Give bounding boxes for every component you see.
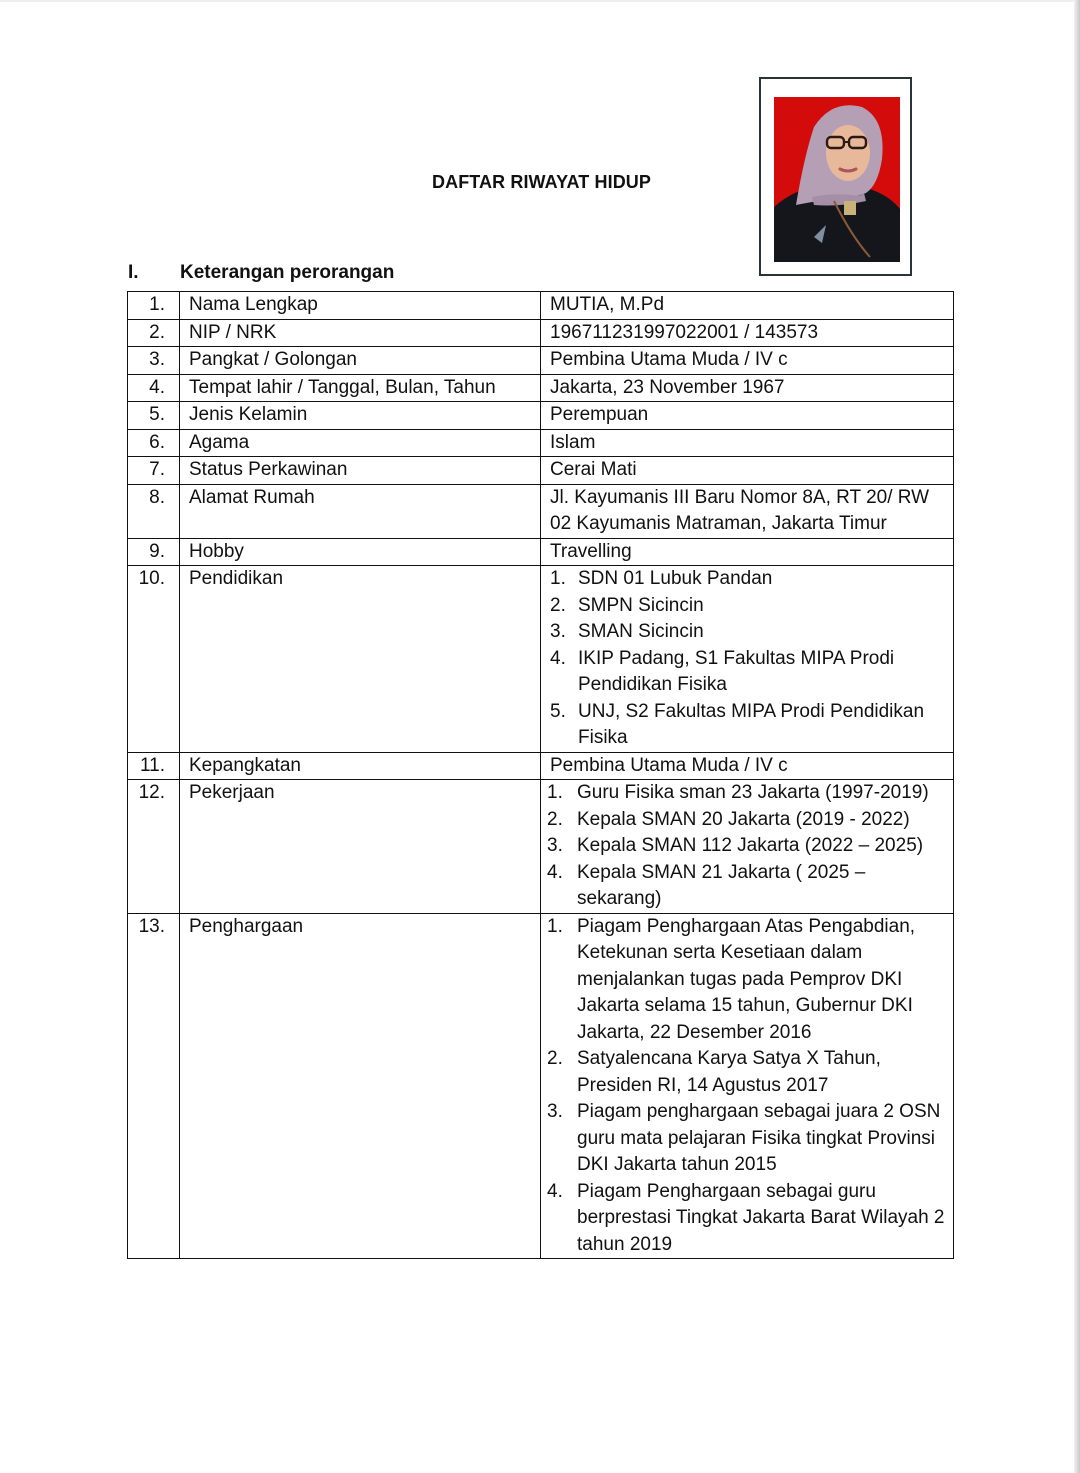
- row-number: 3.: [128, 347, 180, 375]
- list-item: 1.Piagam Penghargaan Atas Pengabdian, Ke…: [550, 914, 947, 1047]
- list-item: 3.SMAN Sicincin: [550, 619, 947, 646]
- row-number: 8.: [128, 484, 180, 538]
- field-label: NIP / NRK: [180, 319, 541, 347]
- list-item-text: Guru Fisika sman 23 Jakarta (1997-2019): [577, 780, 947, 807]
- field-value: Pembina Utama Muda / IV c: [541, 347, 954, 375]
- list-item: 1.SDN 01 Lubuk Pandan: [550, 566, 947, 593]
- list-item-text: Kepala SMAN 20 Jakarta (2019 - 2022): [577, 807, 947, 834]
- table-row: 3.Pangkat / GolonganPembina Utama Muda /…: [128, 347, 954, 375]
- field-label: Pekerjaan: [180, 780, 541, 914]
- field-label: Hobby: [180, 538, 541, 566]
- list-item-text: SDN 01 Lubuk Pandan: [578, 566, 947, 593]
- row-number: 2.: [128, 319, 180, 347]
- list-item-text: Piagam Penghargaan sebagai guru berprest…: [577, 1179, 947, 1259]
- field-value: 1.Guru Fisika sman 23 Jakarta (1997-2019…: [541, 780, 954, 914]
- page-right-edge: [1074, 0, 1080, 1473]
- list-item-number: 4.: [550, 646, 578, 699]
- list-item-number: 3.: [547, 833, 577, 860]
- value-list: 1.SDN 01 Lubuk Pandan2.SMPN Sicincin3.SM…: [550, 566, 947, 752]
- row-number: 6.: [128, 429, 180, 457]
- document-title: DAFTAR RIWAYAT HIDUP: [432, 172, 651, 193]
- table-row: 8.Alamat RumahJl. Kayumanis III Baru Nom…: [128, 484, 954, 538]
- list-item: 2.SMPN Sicincin: [550, 593, 947, 620]
- list-item-text: UNJ, S2 Fakultas MIPA Prodi Pendidikan F…: [578, 699, 947, 752]
- list-item-number: 3.: [547, 1099, 577, 1179]
- field-label: Jenis Kelamin: [180, 402, 541, 430]
- section-number: I.: [128, 262, 180, 284]
- field-label: Nama Lengkap: [180, 292, 541, 320]
- table-row: 6.AgamaIslam: [128, 429, 954, 457]
- list-item-text: Kepala SMAN 21 Jakarta ( 2025 – sekarang…: [577, 860, 947, 913]
- section-title: Keterangan perorangan: [180, 262, 394, 283]
- field-label: Pangkat / Golongan: [180, 347, 541, 375]
- field-value: 1.Piagam Penghargaan Atas Pengabdian, Ke…: [541, 913, 954, 1259]
- row-number: 4.: [128, 374, 180, 402]
- list-item-number: 1.: [547, 780, 577, 807]
- portrait-photo-icon: [774, 97, 900, 262]
- list-item: 2.Satyalencana Karya Satya X Tahun, Pres…: [550, 1046, 947, 1099]
- table-row: 12.Pekerjaan1.Guru Fisika sman 23 Jakart…: [128, 780, 954, 914]
- field-value: 1.SDN 01 Lubuk Pandan2.SMPN Sicincin3.SM…: [541, 566, 954, 753]
- row-number: 1.: [128, 292, 180, 320]
- list-item-number: 3.: [550, 619, 578, 646]
- value-list: 1.Guru Fisika sman 23 Jakarta (1997-2019…: [550, 780, 947, 913]
- field-value: Cerai Mati: [541, 457, 954, 485]
- list-item: 3.Kepala SMAN 112 Jakarta (2022 – 2025): [550, 833, 947, 860]
- field-value: MUTIA, M.Pd: [541, 292, 954, 320]
- list-item-text: IKIP Padang, S1 Fakultas MIPA Prodi Pend…: [578, 646, 947, 699]
- field-label: Kepangkatan: [180, 752, 541, 780]
- row-number: 5.: [128, 402, 180, 430]
- field-value: Islam: [541, 429, 954, 457]
- list-item: 2.Kepala SMAN 20 Jakarta (2019 - 2022): [550, 807, 947, 834]
- field-label: Status Perkawinan: [180, 457, 541, 485]
- row-number: 10.: [128, 566, 180, 753]
- list-item: 4.Kepala SMAN 21 Jakarta ( 2025 – sekara…: [550, 860, 947, 913]
- field-value: Pembina Utama Muda / IV c: [541, 752, 954, 780]
- row-number: 12.: [128, 780, 180, 914]
- list-item-number: 4.: [547, 1179, 577, 1259]
- field-label: Agama: [180, 429, 541, 457]
- section-heading: I.Keterangan perorangan: [128, 262, 394, 284]
- list-item-text: Piagam Penghargaan Atas Pengabdian, Kete…: [577, 914, 947, 1047]
- field-value: 196711231997022001 / 143573: [541, 319, 954, 347]
- list-item: 4.IKIP Padang, S1 Fakultas MIPA Prodi Pe…: [550, 646, 947, 699]
- row-number: 7.: [128, 457, 180, 485]
- list-item: 5.UNJ, S2 Fakultas MIPA Prodi Pendidikan…: [550, 699, 947, 752]
- row-number: 13.: [128, 913, 180, 1259]
- list-item-number: 1.: [547, 914, 577, 1047]
- table-row: 13.Penghargaan1.Piagam Penghargaan Atas …: [128, 913, 954, 1259]
- table-row: 4.Tempat lahir / Tanggal, Bulan, TahunJa…: [128, 374, 954, 402]
- list-item-number: 2.: [547, 1046, 577, 1099]
- list-item-number: 2.: [550, 593, 578, 620]
- list-item-number: 5.: [550, 699, 578, 752]
- list-item-number: 2.: [547, 807, 577, 834]
- table-row: 11.KepangkatanPembina Utama Muda / IV c: [128, 752, 954, 780]
- list-item-text: SMPN Sicincin: [578, 593, 947, 620]
- field-label: Tempat lahir / Tanggal, Bulan, Tahun: [180, 374, 541, 402]
- field-value: Jl. Kayumanis III Baru Nomor 8A, RT 20/ …: [541, 484, 954, 538]
- field-label: Alamat Rumah: [180, 484, 541, 538]
- list-item: 3.Piagam penghargaan sebagai juara 2 OSN…: [550, 1099, 947, 1179]
- field-value: Jakarta, 23 November 1967: [541, 374, 954, 402]
- table-row: 1.Nama LengkapMUTIA, M.Pd: [128, 292, 954, 320]
- list-item-text: SMAN Sicincin: [578, 619, 947, 646]
- personal-info-table: 1.Nama LengkapMUTIA, M.Pd2.NIP / NRK1967…: [127, 291, 954, 1259]
- list-item-number: 1.: [550, 566, 578, 593]
- table-row: 10.Pendidikan1.SDN 01 Lubuk Pandan2.SMPN…: [128, 566, 954, 753]
- field-label: Pendidikan: [180, 566, 541, 753]
- page-top-edge: [0, 0, 1074, 2]
- list-item-text: Satyalencana Karya Satya X Tahun, Presid…: [577, 1046, 947, 1099]
- table-row: 5.Jenis KelaminPerempuan: [128, 402, 954, 430]
- list-item: 4.Piagam Penghargaan sebagai guru berpre…: [550, 1179, 947, 1259]
- value-list: 1.Piagam Penghargaan Atas Pengabdian, Ke…: [550, 914, 947, 1259]
- list-item: 1.Guru Fisika sman 23 Jakarta (1997-2019…: [550, 780, 947, 807]
- list-item-number: 4.: [547, 860, 577, 913]
- field-value: Perempuan: [541, 402, 954, 430]
- photo-frame: [759, 77, 912, 276]
- list-item-text: Kepala SMAN 112 Jakarta (2022 – 2025): [577, 833, 947, 860]
- table-row: 2.NIP / NRK196711231997022001 / 143573: [128, 319, 954, 347]
- row-number: 11.: [128, 752, 180, 780]
- list-item-text: Piagam penghargaan sebagai juara 2 OSN g…: [577, 1099, 947, 1179]
- field-value: Travelling: [541, 538, 954, 566]
- row-number: 9.: [128, 538, 180, 566]
- table-row: 9.HobbyTravelling: [128, 538, 954, 566]
- field-label: Penghargaan: [180, 913, 541, 1259]
- table-row: 7.Status PerkawinanCerai Mati: [128, 457, 954, 485]
